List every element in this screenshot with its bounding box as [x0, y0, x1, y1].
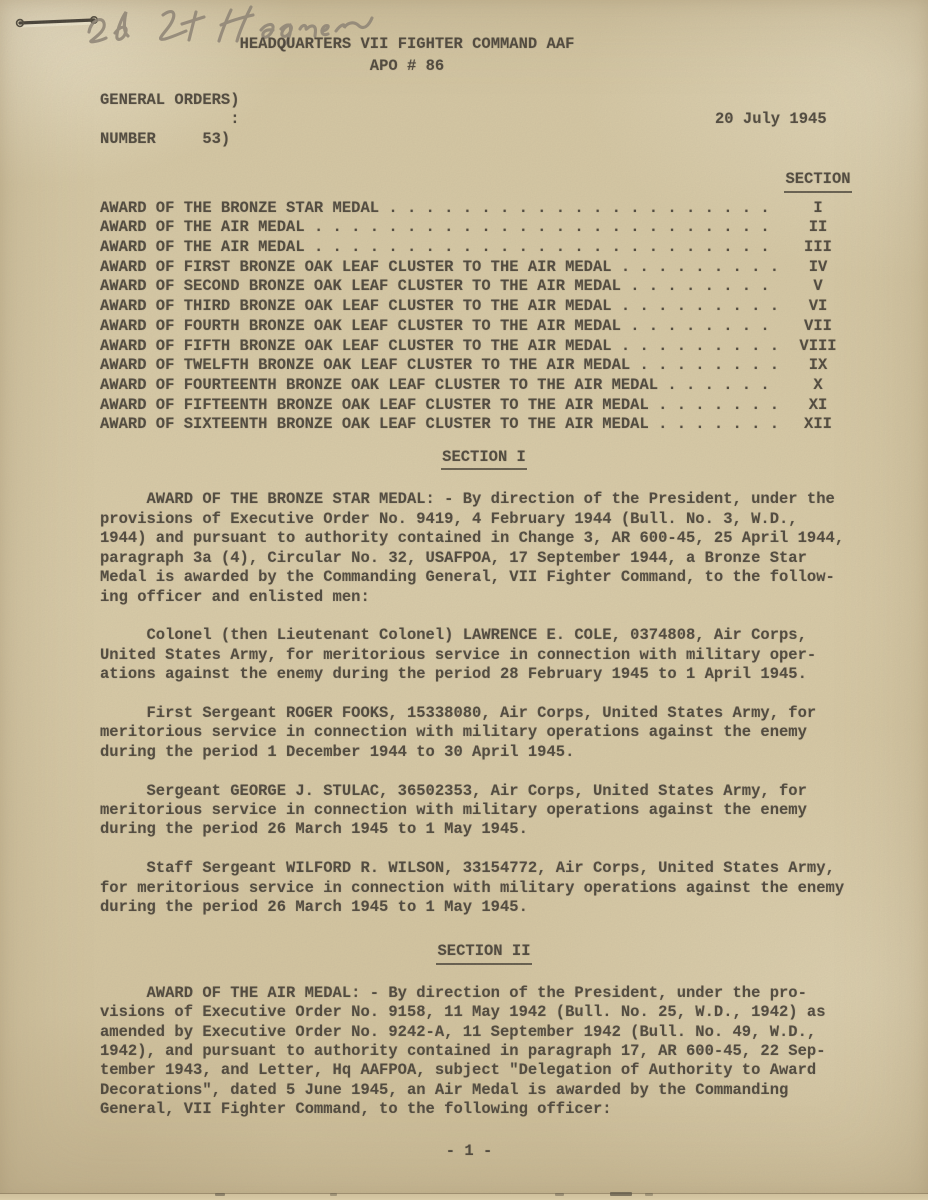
page-number: - 1 - — [85, 1142, 853, 1161]
document-content: HEADQUARTERS VII FIGHTER COMMAND AAF APO… — [0, 33, 928, 1161]
toc-row: AWARD OF FIFTH BRONZE OAK LEAF CLUSTER T… — [100, 337, 856, 357]
toc-row-label: AWARD OF FIFTH BRONZE OAK LEAF CLUSTER T… — [100, 337, 612, 357]
toc-row-section-numeral: XI — [780, 396, 856, 416]
toc-row-section-numeral: VIII — [780, 337, 856, 357]
edge-speck — [215, 1193, 225, 1196]
toc-row: AWARD OF THE AIR MEDAL . . . . . . . . .… — [100, 218, 856, 238]
toc-row-dot-leader: . . . . . . . . . . . . . . . . . . . . … — [630, 356, 780, 376]
toc-row-label: AWARD OF THE AIR MEDAL — [100, 238, 305, 258]
toc-row-label: AWARD OF THIRD BRONZE OAK LEAF CLUSTER T… — [100, 297, 612, 317]
toc-header-spacer — [100, 170, 780, 192]
toc-row: AWARD OF FOURTH BRONZE OAK LEAF CLUSTER … — [100, 317, 856, 337]
edge-speck — [645, 1193, 653, 1196]
toc-row: AWARD OF SECOND BRONZE OAK LEAF CLUSTER … — [100, 277, 856, 297]
paragraph: First Sergeant ROGER FOOKS, 15338080, Ai… — [100, 704, 868, 762]
section: SECTION II AWARD OF THE AIR MEDAL: - By … — [100, 942, 868, 1119]
paragraph: Colonel (then Lieutenant Colonel) LAWREN… — [100, 626, 868, 684]
toc-row: AWARD OF TWELFTH BRONZE OAK LEAF CLUSTER… — [100, 356, 856, 376]
toc-header-cell: SECTION — [780, 170, 856, 192]
sections: SECTION I AWARD OF THE BRONZE STAR MEDAL… — [100, 448, 868, 1120]
toc-row-label: AWARD OF FOURTEENTH BRONZE OAK LEAF CLUS… — [100, 376, 658, 396]
letterhead-apo: APO # 86 — [23, 55, 791, 77]
toc-row-dot-leader: . . . . . . . . . . . . . . . . . . . . … — [612, 258, 780, 278]
toc-row-dot-leader: . . . . . . . . . . . . . . . . . . . . … — [305, 238, 780, 258]
toc-row-section-numeral: IX — [780, 356, 856, 376]
toc-row: AWARD OF SIXTEENTH BRONZE OAK LEAF CLUST… — [100, 415, 856, 435]
toc-row-label: AWARD OF FIFTEENTH BRONZE OAK LEAF CLUST… — [100, 396, 649, 416]
toc-column-header: SECTION — [784, 170, 851, 192]
paragraph: AWARD OF THE BRONZE STAR MEDAL: - By dir… — [100, 490, 868, 606]
section: SECTION I AWARD OF THE BRONZE STAR MEDAL… — [100, 448, 868, 917]
toc-row-dot-leader: . . . . . . . . . . . . . . . . . . . . … — [612, 297, 780, 317]
document-page: HEADQUARTERS VII FIGHTER COMMAND AAF APO… — [0, 0, 928, 1200]
toc-rows: AWARD OF THE BRONZE STAR MEDAL . . . . .… — [100, 199, 856, 435]
orders-number: NUMBER 53) — [100, 130, 868, 149]
toc-row: AWARD OF THIRD BRONZE OAK LEAF CLUSTER T… — [100, 297, 856, 317]
toc-row-section-numeral: II — [780, 218, 856, 238]
toc-row-section-numeral: X — [780, 376, 856, 396]
edge-speck — [610, 1192, 632, 1196]
orders-label: GENERAL ORDERS) — [100, 91, 868, 110]
toc-row-label: AWARD OF FOURTH BRONZE OAK LEAF CLUSTER … — [100, 317, 621, 337]
toc-row-dot-leader: . . . . . . . . . . . . . . . . . . . . … — [658, 376, 780, 396]
section-heading: SECTION I — [441, 448, 527, 470]
toc-row-label: AWARD OF FIRST BRONZE OAK LEAF CLUSTER T… — [100, 258, 612, 278]
toc-row-section-numeral: I — [780, 199, 856, 219]
section-paragraphs: AWARD OF THE BRONZE STAR MEDAL: - By dir… — [100, 490, 868, 917]
edge-speck — [330, 1193, 337, 1196]
paragraph: Sergeant GEORGE J. STULAC, 36502353, Air… — [100, 782, 868, 840]
toc-header: SECTION — [100, 170, 856, 192]
toc-row-label: AWARD OF SIXTEENTH BRONZE OAK LEAF CLUST… — [100, 415, 649, 435]
section-heading-wrap: SECTION II — [100, 942, 868, 964]
section-paragraphs: AWARD OF THE AIR MEDAL: - By direction o… — [100, 984, 868, 1120]
toc-row-section-numeral: III — [780, 238, 856, 258]
toc-row-dot-leader: . . . . . . . . . . . . . . . . . . . . … — [649, 396, 780, 416]
toc-row-section-numeral: XII — [780, 415, 856, 435]
toc-row-label: AWARD OF TWELFTH BRONZE OAK LEAF CLUSTER… — [100, 356, 630, 376]
paragraph: AWARD OF THE AIR MEDAL: - By direction o… — [100, 984, 868, 1120]
section-heading-wrap: SECTION I — [100, 448, 868, 470]
toc-row: AWARD OF THE AIR MEDAL . . . . . . . . .… — [100, 238, 856, 258]
toc-row-label: AWARD OF SECOND BRONZE OAK LEAF CLUSTER … — [100, 277, 621, 297]
toc-row-section-numeral: V — [780, 277, 856, 297]
toc-row-section-numeral: VII — [780, 317, 856, 337]
toc-row: AWARD OF FIFTEENTH BRONZE OAK LEAF CLUST… — [100, 396, 856, 416]
toc-row-dot-leader: . . . . . . . . . . . . . . . . . . . . … — [649, 415, 780, 435]
toc-row-dot-leader: . . . . . . . . . . . . . . . . . . . . … — [379, 199, 780, 219]
page-bottom-edge — [0, 1193, 928, 1200]
toc-row-section-numeral: VI — [780, 297, 856, 317]
toc-row: AWARD OF FIRST BRONZE OAK LEAF CLUSTER T… — [100, 258, 856, 278]
order-date: 20 July 1945 — [715, 110, 827, 129]
toc-row-section-numeral: IV — [780, 258, 856, 278]
toc-row: AWARD OF FOURTEENTH BRONZE OAK LEAF CLUS… — [100, 376, 856, 396]
toc-row-dot-leader: . . . . . . . . . . . . . . . . . . . . … — [612, 337, 780, 357]
letterhead: HEADQUARTERS VII FIGHTER COMMAND AAF APO… — [23, 33, 791, 77]
toc-row: AWARD OF THE BRONZE STAR MEDAL . . . . .… — [100, 199, 856, 219]
toc-row-label: AWARD OF THE AIR MEDAL — [100, 218, 305, 238]
toc-row-dot-leader: . . . . . . . . . . . . . . . . . . . . … — [621, 277, 780, 297]
paragraph: Staff Sergeant WILFORD R. WILSON, 331547… — [100, 859, 868, 917]
letterhead-command: HEADQUARTERS VII FIGHTER COMMAND AAF — [23, 33, 791, 55]
toc-row-label: AWARD OF THE BRONZE STAR MEDAL — [100, 199, 379, 219]
section-heading: SECTION II — [436, 942, 531, 964]
edge-speck — [555, 1193, 564, 1196]
toc-row-dot-leader: . . . . . . . . . . . . . . . . . . . . … — [621, 317, 780, 337]
toc-row-dot-leader: . . . . . . . . . . . . . . . . . . . . … — [305, 218, 780, 238]
